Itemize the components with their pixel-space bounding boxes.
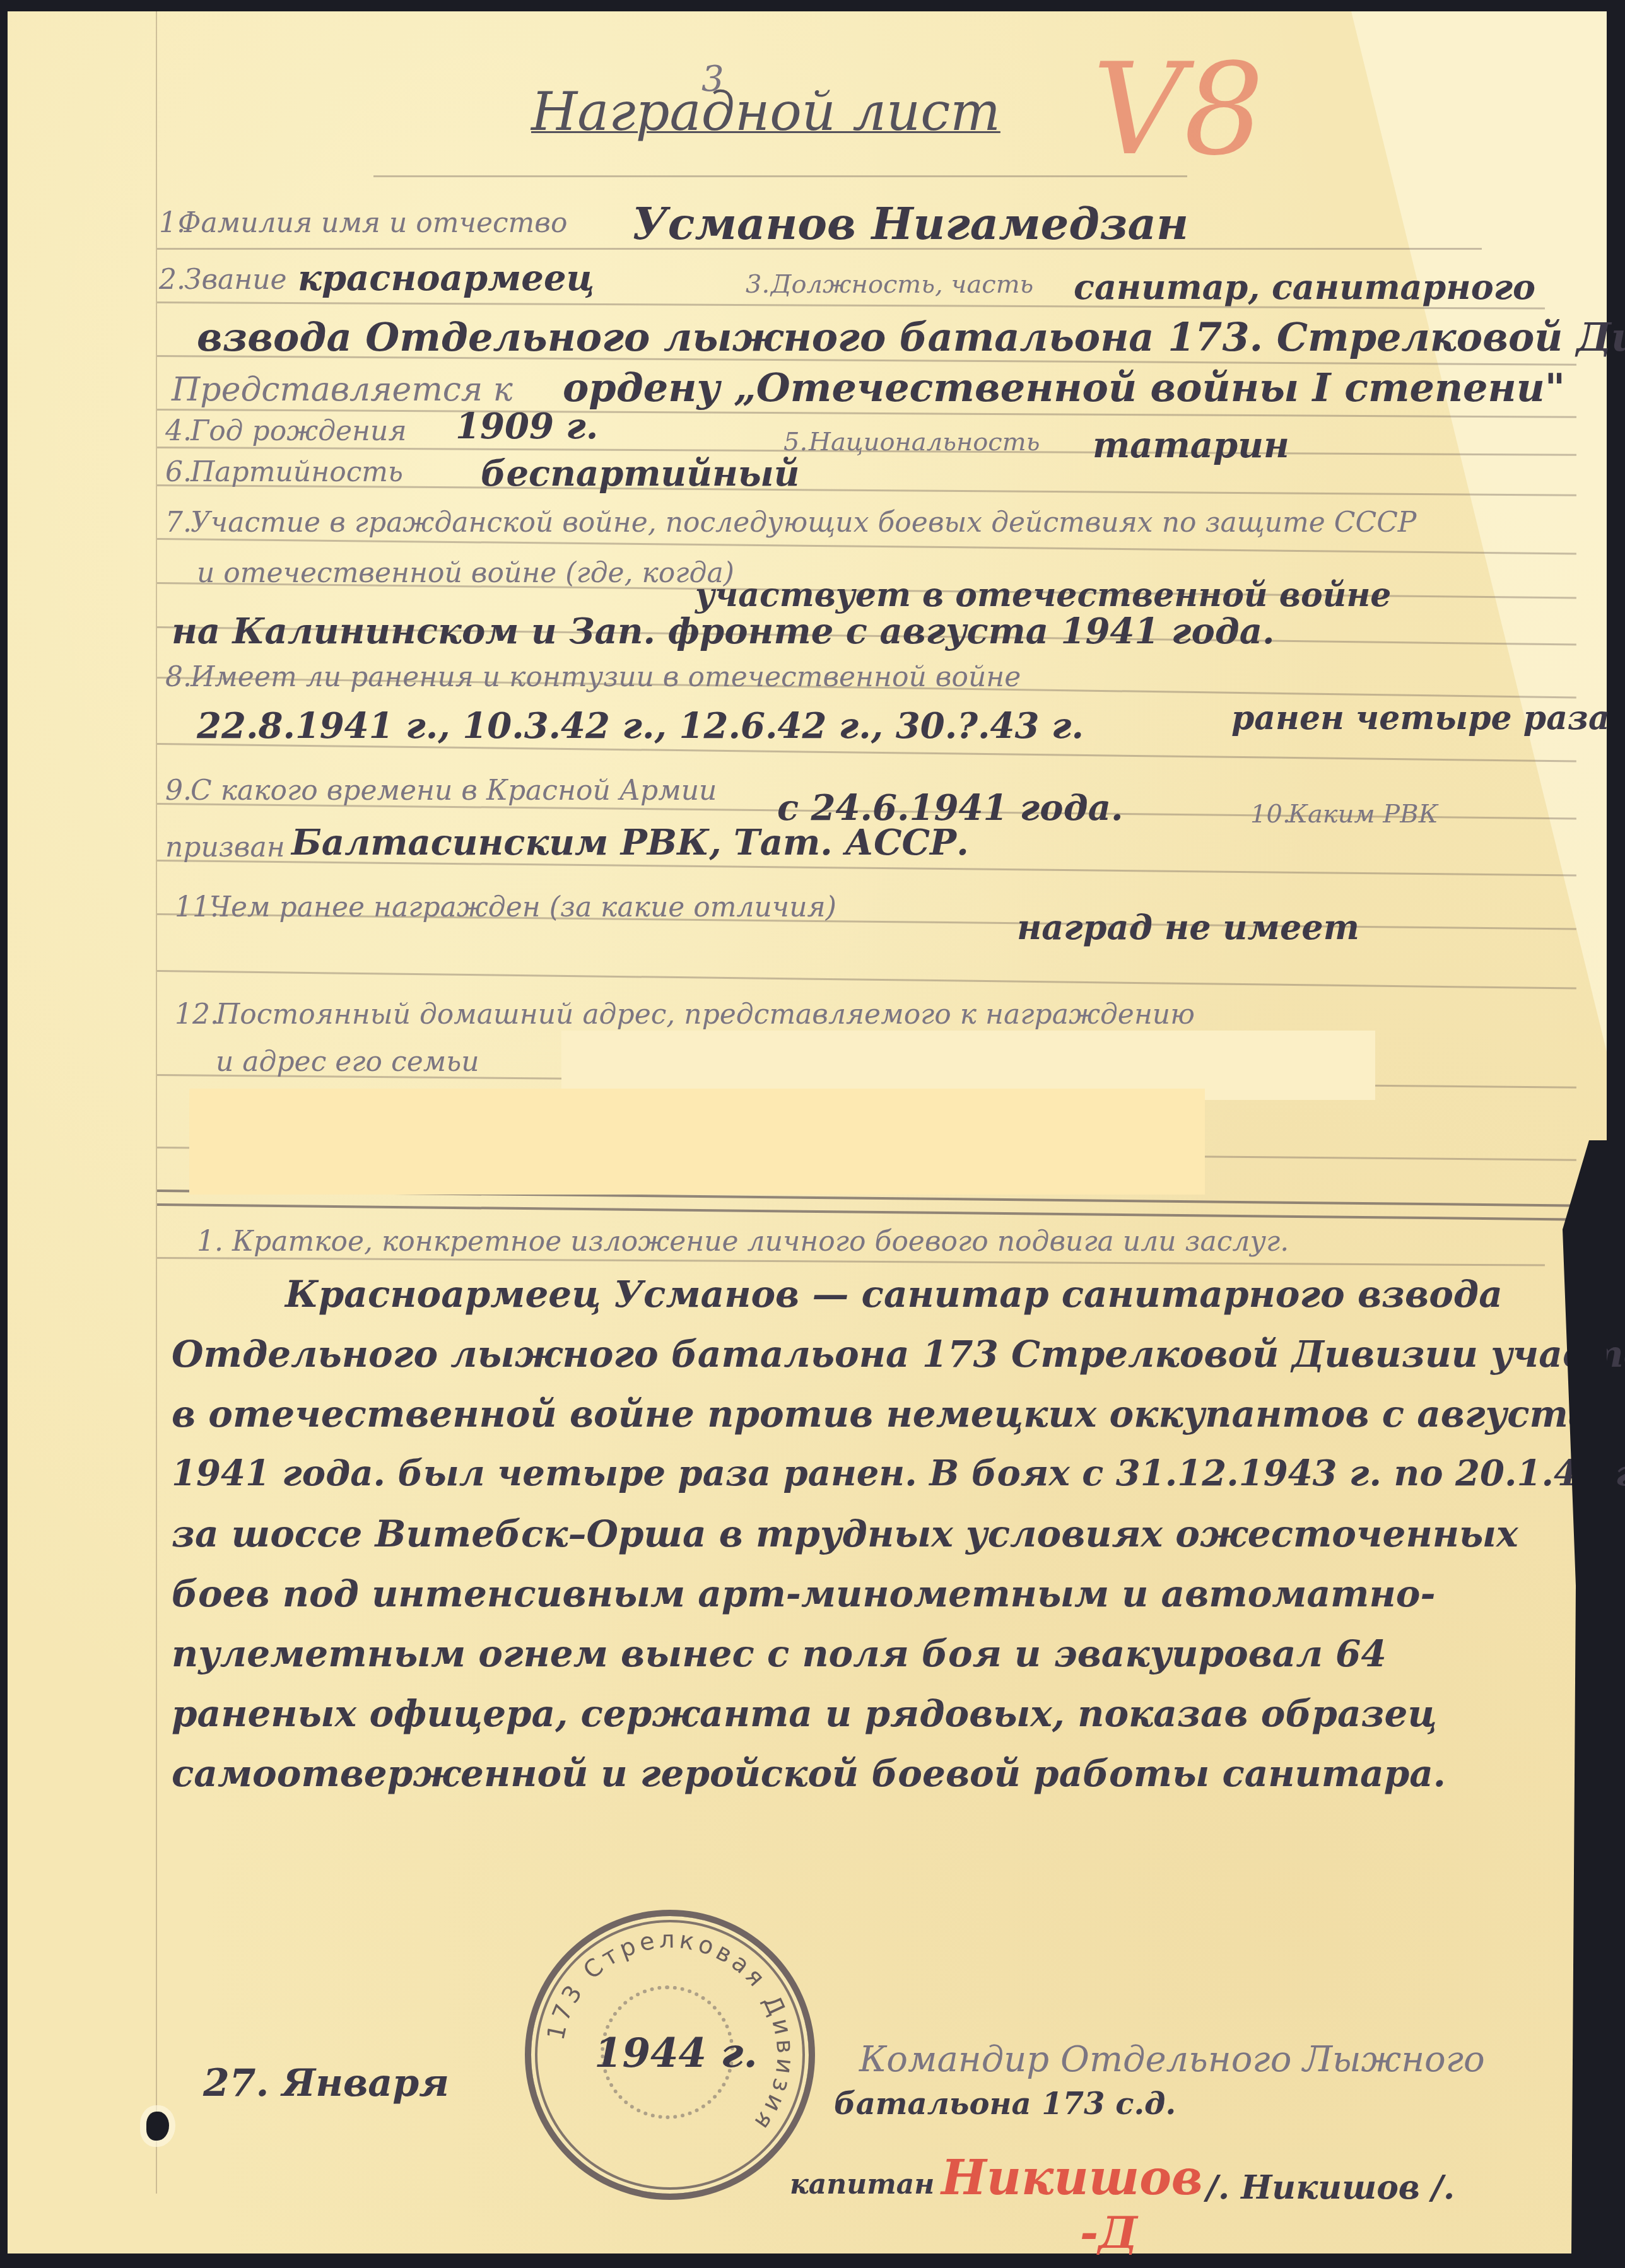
field-7-num: 7. — [165, 506, 192, 539]
commander-title-line1: Командир Отдельного Лыжного — [859, 2039, 1485, 2080]
field-7-value: участвует в отечественной войне — [695, 576, 1391, 614]
signature-mark: -Д — [1080, 2206, 1137, 2259]
section-divider — [157, 1203, 1595, 1221]
field-10-value: Балтасинским РВК, Тат. АССР. — [291, 822, 969, 863]
printed-name: /. Никишов /. — [1206, 2168, 1455, 2207]
narrative-line: 1941 года. был четыре раза ранен. В боях… — [172, 1453, 1625, 1494]
field-6-num: 6. — [165, 456, 192, 488]
torn-edge — [1563, 1140, 1607, 2253]
narrative-line: за шоссе Витебск–Орша в трудных условиях… — [172, 1512, 1518, 1555]
field-10-num: 10. — [1250, 800, 1291, 829]
field-12-label: Постоянный домашний адрес, представляемо… — [216, 998, 1195, 1031]
title-underline — [373, 175, 1187, 177]
red-pencil-mark: V8 — [1093, 37, 1264, 184]
field-7-label-cont: и отечественной войне (где, когда) — [197, 557, 734, 589]
field-12-num: 12. — [175, 998, 219, 1031]
document-title: Наградной лист — [531, 81, 1000, 143]
official-stamp: 173 Стрелковая Дивизия 1944 г. — [525, 1910, 815, 2200]
field-2-num: 2. — [159, 264, 185, 296]
ruled-line — [157, 538, 1576, 555]
date: 27. Января — [203, 2061, 449, 2105]
field-3-value: санитар, санитарного — [1074, 267, 1535, 307]
title-superscript: 3 — [701, 59, 724, 100]
rank: капитан — [790, 2168, 934, 2201]
field-3-value-cont: взвода Отдельного лыжного батальона 173.… — [197, 314, 1625, 360]
field-5-value: татарин — [1093, 424, 1289, 466]
ruled-line — [157, 1257, 1545, 1266]
narrative-line: боев под интенсивным арт-минометным и ав… — [172, 1572, 1435, 1615]
narrative-line: Отдельного лыжного батальона 173 Стрелко… — [172, 1333, 1625, 1376]
field-4-value: 1909 г. — [455, 406, 598, 447]
field-11-value: наград не имеет — [1017, 907, 1359, 947]
stamp-year: 1944 г. — [594, 2030, 758, 2077]
field-8-num: 8. — [165, 661, 192, 693]
narrative-heading: 1. Краткое, конкретное изложение личного… — [197, 1225, 1289, 1258]
field-11-label: Чем ранее награжден (за какие отличия) — [209, 891, 836, 923]
redacted-address-block — [189, 1089, 1205, 1195]
field-4-num: 4. — [165, 415, 192, 447]
narrative-line: раненых офицера, сержанта и рядовых, пок… — [172, 1692, 1437, 1735]
field-3-label: Должность, часть — [771, 270, 1033, 299]
award-label: Представляется к — [172, 371, 513, 409]
ruled-line — [157, 970, 1576, 989]
field-6-value: беспартийный — [481, 453, 800, 494]
commander-title-line2: батальона 173 с.д. — [834, 2086, 1176, 2122]
award-value: ордену „Отечественной войны I степени" — [563, 365, 1565, 411]
field-1-label: Фамилия имя и отчество — [178, 207, 567, 239]
field-8-label: Имеет ли ранения и контузии в отечествен… — [191, 661, 1021, 693]
field-3-num: 3. — [746, 270, 770, 299]
field-9-num: 9. — [165, 775, 192, 807]
field-12-label-cont: и адрес его семьи — [216, 1046, 479, 1078]
field-6-label: Партийность — [191, 456, 403, 488]
field-10-called-label: призван — [165, 831, 285, 863]
narrative-line: самоотверженной и геройской боевой работ… — [172, 1752, 1446, 1795]
field-1-value: Усманов Нигамедзан — [632, 197, 1188, 250]
narrative-line: в отечественной войне против немецких ок… — [172, 1393, 1592, 1435]
field-5-label: Национальность — [809, 428, 1040, 457]
field-4-label: Год рождения — [191, 415, 407, 447]
signature: Никишов — [941, 2149, 1203, 2206]
field-7-value-cont: на Калининском и Зап. фронте с августа 1… — [172, 611, 1275, 652]
field-9-label: С какого времени в Красной Армии — [191, 775, 717, 807]
field-8-dates: 22.8.1941 г., 10.3.42 г., 12.6.42 г., 30… — [197, 705, 1084, 747]
narrative-line: пулеметным огнем вынес с поля боя и эвак… — [172, 1632, 1387, 1675]
margin-line — [156, 11, 157, 2194]
narrative-line: Красноармеец Усманов — санитар санитарно… — [285, 1273, 1503, 1316]
punch-hole — [146, 2112, 169, 2141]
field-7-label: Участие в гражданской войне, последующих… — [191, 506, 1416, 539]
document-page: Наградной лист 3 V8 1. Фамилия имя и отч… — [8, 11, 1607, 2253]
field-8-value: ранен четыре раза — [1231, 699, 1610, 737]
field-2-label: Звание — [184, 264, 287, 296]
field-2-value: красноармеец — [298, 257, 595, 299]
field-10-label: Каким РВК — [1288, 800, 1438, 829]
